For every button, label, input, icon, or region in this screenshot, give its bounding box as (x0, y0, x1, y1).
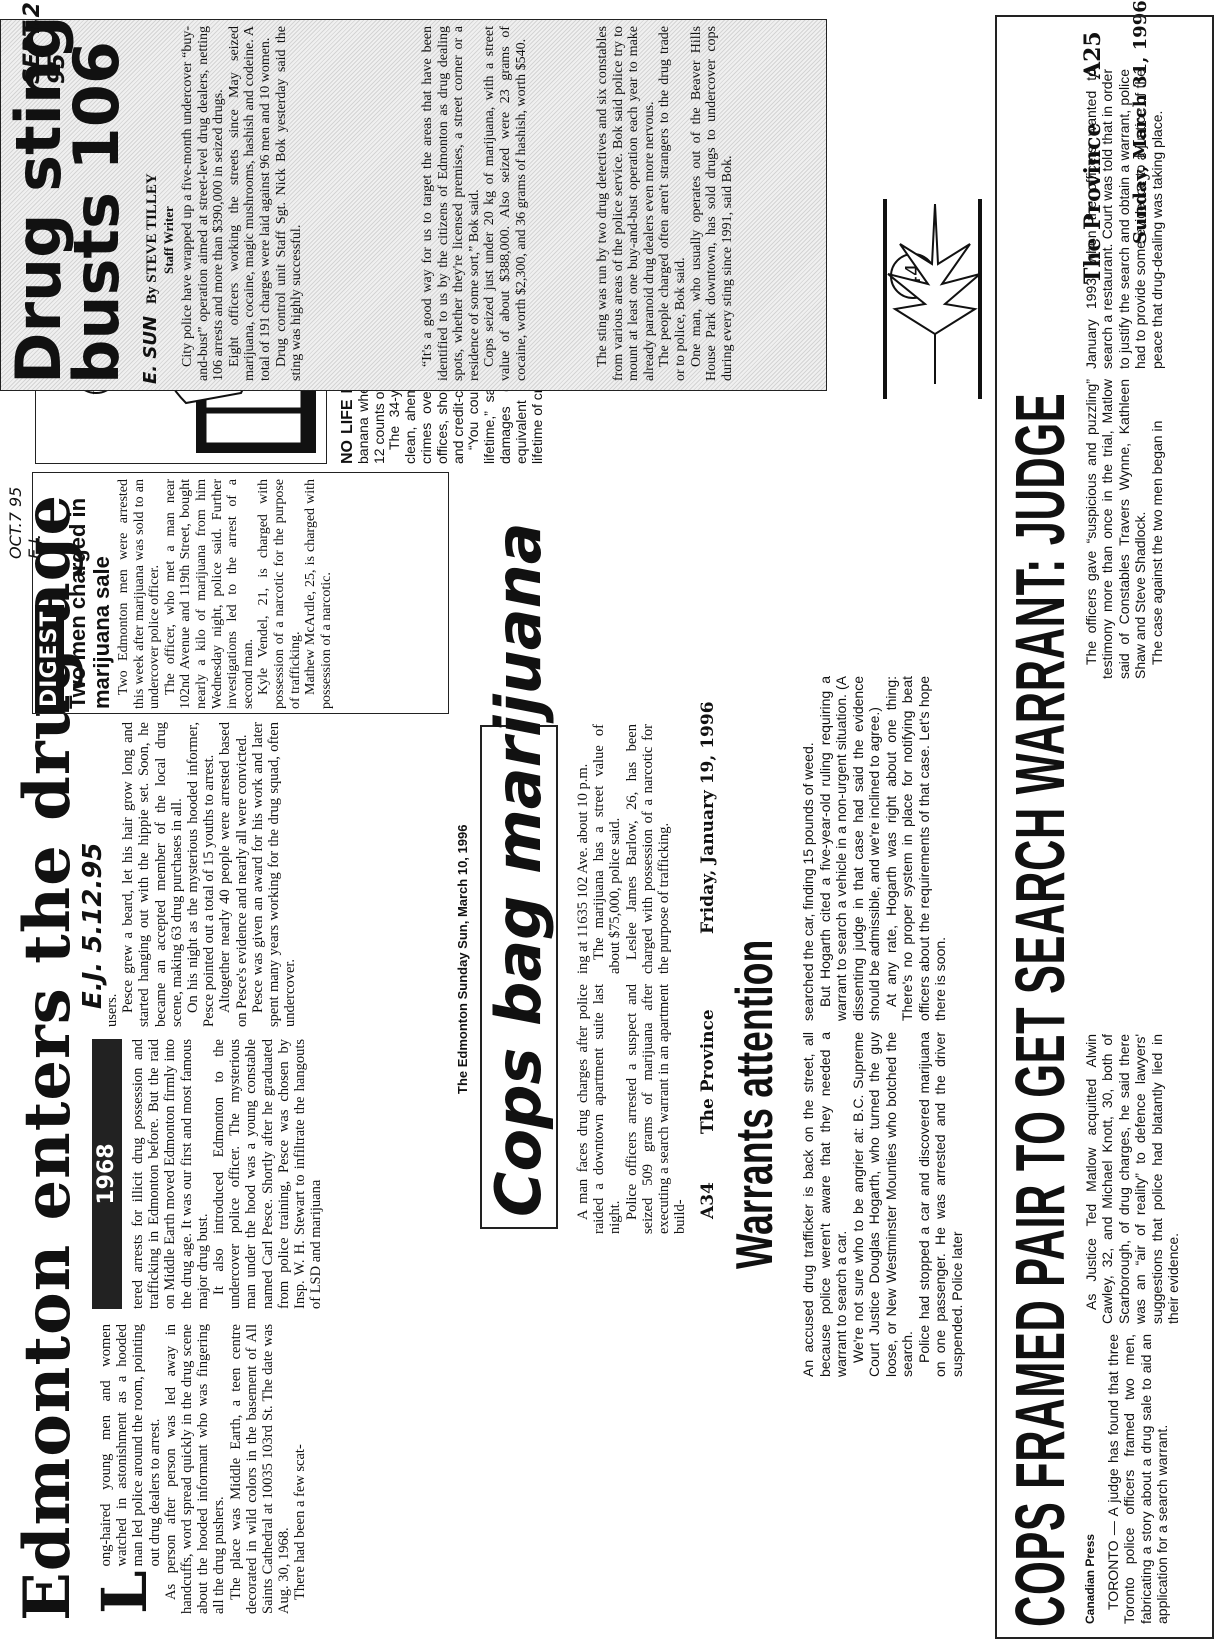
warrants-column-2: searched the car, finding 15 pounds of w… (800, 676, 949, 1021)
cops-framed-column-4: January 1993, when the officers wanted t… (1083, 69, 1165, 369)
year-badge: 1968 (92, 1039, 122, 1309)
cops-framed-column-3: The officers gave “suspicious and puzzli… (1083, 379, 1165, 679)
digest-box: DIGEST Two men charged in marijuana sale… (32, 472, 449, 714)
edmonton-column-2: tered arrests for illicit drug possessio… (130, 1039, 324, 1309)
cops-bag-date: Friday, January 19, 1996 (698, 701, 718, 934)
marijuana-leaf-icon (880, 194, 985, 404)
edmonton-column-3: users. Pesce grew a beard, let his hair … (104, 722, 298, 1027)
handwritten-digest-note: OCT.7 95 E.J. (6, 479, 44, 559)
handwritten-sept-note: SEPT.2 95 (20, 0, 70, 84)
drop-cap: L (100, 1570, 150, 1614)
cops-framed-column-1: TORONTO — A judge has found that three T… (1105, 1334, 1171, 1624)
byline-role: Staff Writer (161, 173, 177, 274)
byline: By STEVE TILLEY (144, 173, 160, 304)
digest-label: DIGEST (35, 605, 64, 713)
drug-sting-column-2: “It's a good way for us to target the ar… (420, 26, 529, 381)
cops-bag-column-1: A man faces drug charges after police ra… (575, 984, 688, 1234)
edmonton-column-1: L ong-haired young men and women watched… (98, 1324, 309, 1614)
drug-sting-column-3: The sting was run by two drug detectives… (595, 26, 735, 381)
source-credit: The Edmonton Sunday Sun, March 10, 1996 (455, 825, 470, 1094)
warrants-column-1: An accused drug trafficker is back on th… (800, 1032, 965, 1377)
warrants-headline: Warrants attention (725, 940, 785, 1269)
digest-headline: Two men charged in marijuana sale (64, 473, 116, 713)
paper-name-province: The Province (698, 1009, 718, 1134)
cops-framed-column-2: As Justice Ted Matlow acquitted Alwin Ca… (1083, 1034, 1181, 1324)
digest-body: Two Edmonton men were arrested this week… (116, 479, 334, 709)
drug-sting-byline: E. SUN By STEVE TILLEY Staff Writer (140, 173, 177, 384)
cops-framed-source: Canadian Press (1083, 1534, 1097, 1624)
cops-bag-column-2: ing at 11635 102 Ave. about 10 p.m. The … (575, 724, 672, 974)
drug-sting-headline-line-2: busts 106 (68, 41, 126, 384)
cops-bag-headline: Cops bag marijuana (480, 725, 558, 1229)
cops-framed-headline: COPS FRAMED PAIR TO GET SEARCH WARRANT: … (1000, 393, 1080, 1627)
source-note: E. SUN (140, 316, 161, 384)
page-ref-a34: A34 (698, 1182, 718, 1219)
newspaper-clipping-page: Edmonton enters the drug age 1968 E.J. 5… (0, 0, 1223, 1639)
drug-sting-column-1: City police have wrapped up a five-month… (180, 26, 305, 381)
